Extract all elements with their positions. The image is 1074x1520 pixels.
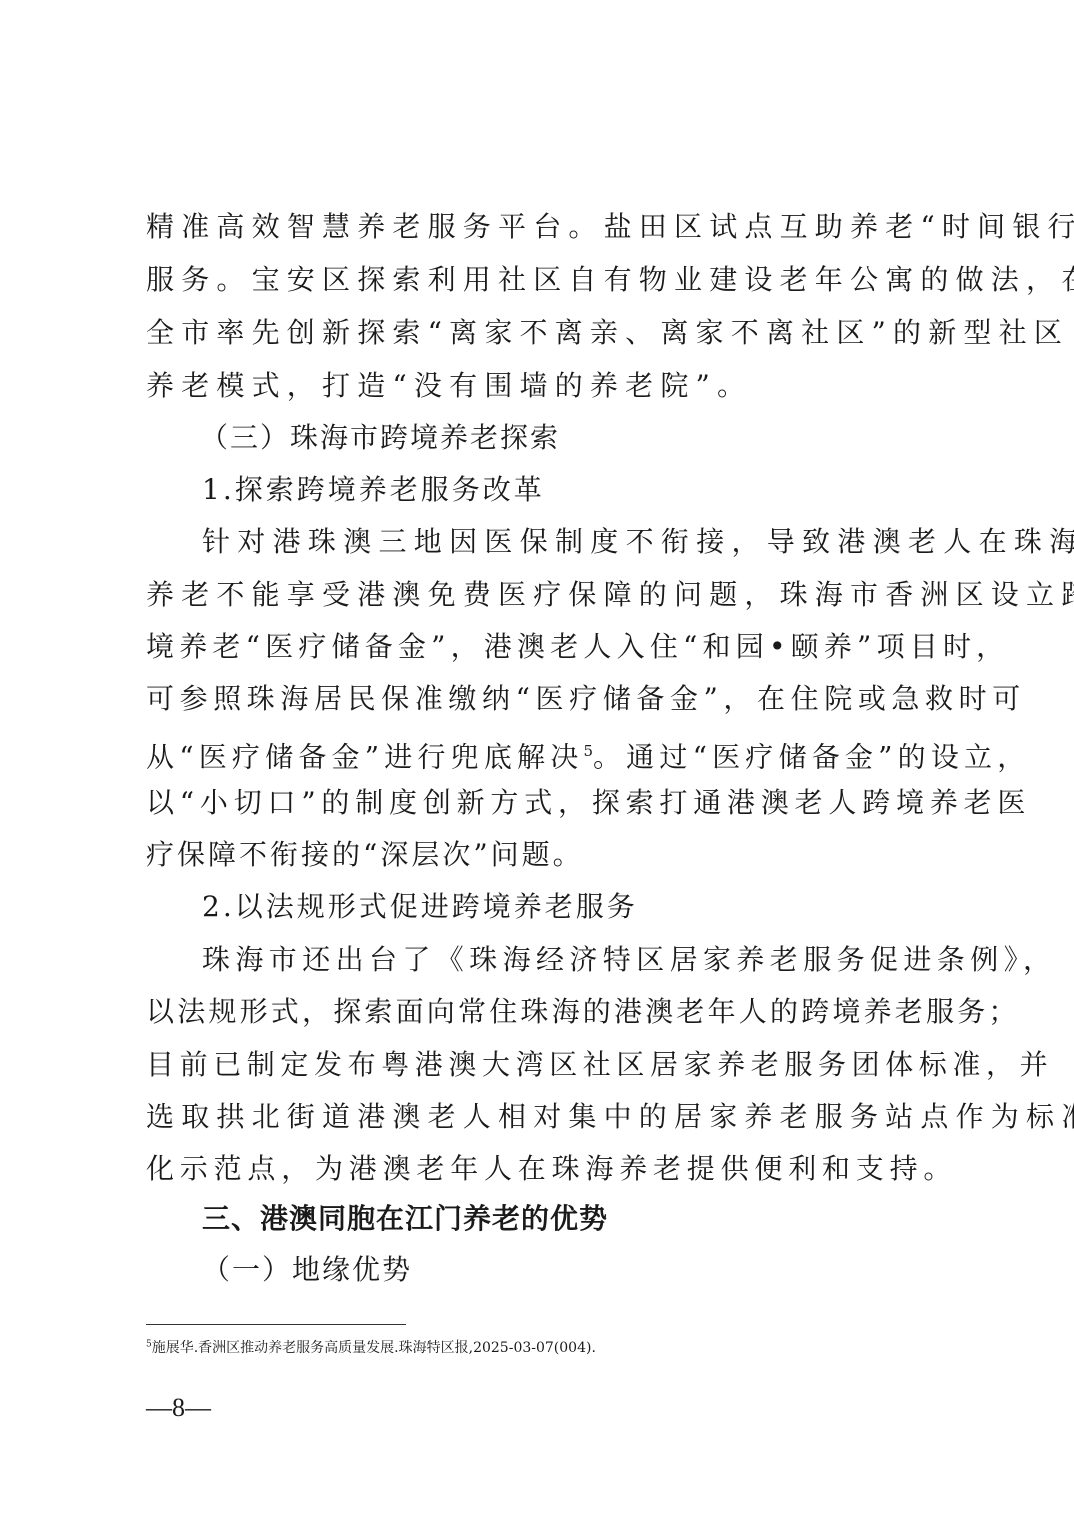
document-page: 精准高效智慧养老服务平台。盐田区试点互助养老“时间银行” 服务。宝安区探索利用社…	[0, 0, 1074, 1520]
subheading-reform: 1.探索跨境养老服务改革	[202, 470, 992, 510]
body-line: 养老模式，打造“没有围墙的养老院”。	[146, 366, 936, 406]
body-line: 养老不能享受港澳免费医疗保障的问题，珠海市香洲区设立跨	[146, 575, 936, 615]
body-line: 全市率先创新探索“离家不离亲、离家不离社区”的新型社区	[146, 313, 936, 353]
section-heading: 三、港澳同胞在江门养老的优势	[202, 1199, 992, 1239]
body-line: 疗保障不衔接的“深层次”问题。	[146, 835, 936, 875]
body-line: 选取拱北街道港澳老人相对集中的居家养老服务站点作为标准	[146, 1097, 936, 1137]
body-line-with-footnote: 从“医疗储备金”进行兜底解决5。通过“医疗储备金”的设立，	[146, 731, 936, 777]
footnote-reference[interactable]: 5	[583, 742, 593, 760]
body-line: 可参照珠海居民保准缴纳“医疗储备金”，在住院或急救时可	[146, 679, 936, 719]
body-line: 以法规形式，探索面向常住珠海的港澳老年人的跨境养老服务；	[146, 992, 936, 1032]
subheading-zhuhai: （三）珠海市跨境养老探索	[200, 418, 990, 458]
footnote: 5施展华.香洲区推动养老服务高质量发展.珠海特区报,2025-03-07(004…	[146, 1337, 596, 1357]
subheading-geography: （一）地缘优势	[202, 1250, 992, 1290]
body-line: 目前已制定发布粤港澳大湾区社区居家养老服务团体标准，并	[146, 1045, 936, 1085]
body-line: 化示范点，为港澳老年人在珠海养老提供便利和支持。	[146, 1149, 936, 1189]
text-before-ref: 从“医疗储备金”进行兜底解决	[146, 740, 583, 773]
body-line: 精准高效智慧养老服务平台。盐田区试点互助养老“时间银行”	[146, 207, 936, 247]
footnote-text: 施展华.香洲区推动养老服务高质量发展.珠海特区报,2025-03-07(004)…	[152, 1340, 596, 1356]
body-line: 境养老“医疗储备金”，港澳老人入住“和园•颐养”项目时，	[146, 627, 936, 667]
body-line: 以“小切口”的制度创新方式，探索打通港澳老人跨境养老医	[146, 783, 936, 823]
text-after-ref: 。通过“医疗储备金”的设立，	[593, 740, 1030, 773]
subheading-regulation: 2.以法规形式促进跨境养老服务	[202, 887, 992, 927]
page-number: —8—	[146, 1393, 211, 1423]
body-line: 服务。宝安区探索利用社区自有物业建设老年公寓的做法，在	[146, 260, 936, 300]
paragraph-start-line: 珠海市还出台了《珠海经济特区居家养老服务促进条例》，	[202, 940, 992, 980]
footnote-separator	[146, 1324, 406, 1325]
paragraph-start-line: 针对港珠澳三地因医保制度不衔接，导致港澳老人在珠海	[202, 522, 992, 562]
